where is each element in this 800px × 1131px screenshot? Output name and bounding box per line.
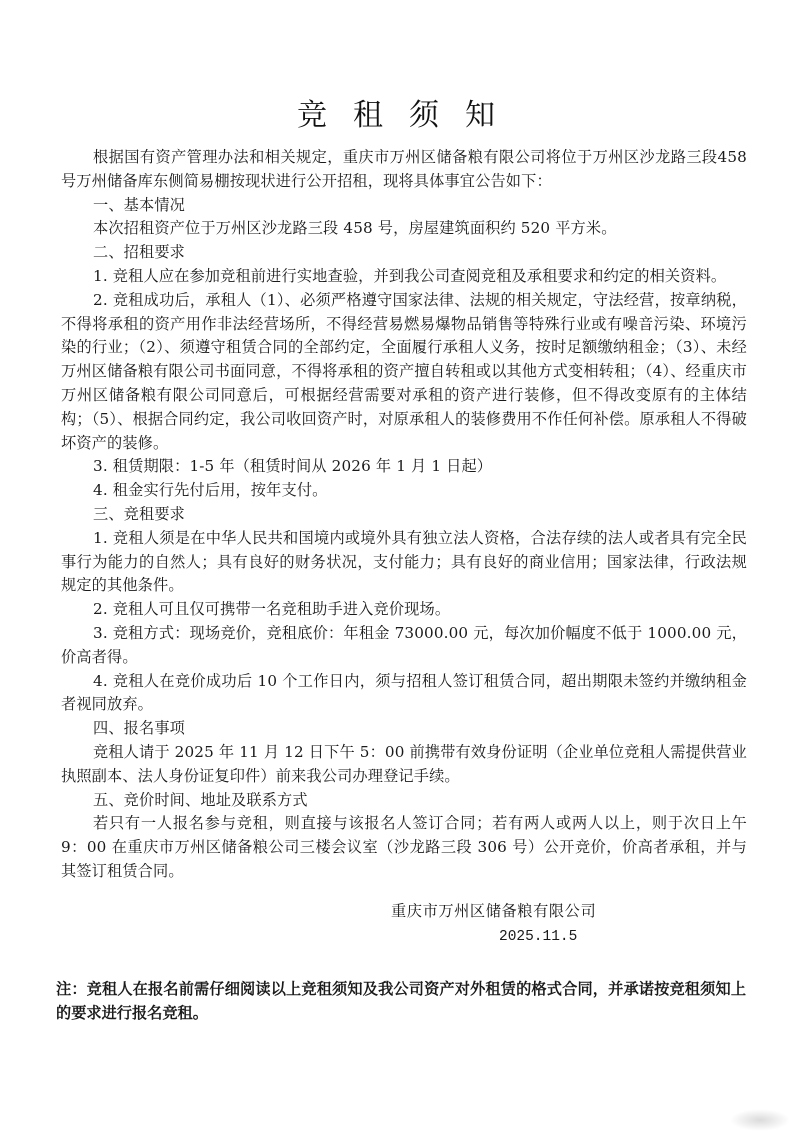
document-body: 根据国有资产管理办法和相关规定，重庆市万州区储备粮有限公司将位于万州区沙龙路三段… (61, 146, 747, 884)
section-paragraph: 4. 租金实行先付后用，按年支付。 (61, 479, 747, 503)
section-heading-basic-info: 一、基本情况 (61, 194, 747, 218)
section-paragraph: 3. 租赁期限：1-5 年（租赁时间从 2026 年 1 月 1 日起） (61, 455, 747, 479)
section-paragraph: 若只有一人报名参与竞租，则直接与该报名人签订合同；若有两人或两人以上，则于次日上… (61, 812, 747, 883)
signature-date: 2025.11.5 (391, 924, 596, 950)
scan-smudge (730, 1109, 790, 1131)
section-paragraph: 3. 竞租方式：现场竞价，竞租底价：年租金 73000.00 元，每次加价幅度不… (61, 622, 747, 670)
section-paragraph: 竞租人请于 2025 年 11 月 12 日下午 5：00 前携带有效身份证明（… (61, 741, 747, 789)
intro-paragraph: 根据国有资产管理办法和相关规定，重庆市万州区储备粮有限公司将位于万州区沙龙路三段… (61, 146, 747, 194)
section-heading-lease-requirements: 二、招租要求 (61, 241, 747, 265)
signature-company: 重庆市万州区储备粮有限公司 (391, 898, 596, 924)
section-paragraph: 1. 竞租人应在参加竞租前进行实地查验，并到我公司查阅竞租及承租要求和约定的相关… (61, 265, 747, 289)
section-heading-bidding-requirements: 三、竞租要求 (61, 503, 747, 527)
signature-block: 重庆市万州区储备粮有限公司 2025.11.5 (391, 898, 596, 950)
section-paragraph: 2. 竞租成功后，承租人（1）、必须严格遵守国家法律、法规的相关规定，守法经营，… (61, 289, 747, 456)
section-heading-registration: 四、报名事项 (61, 717, 747, 741)
section-paragraph: 4. 竞租人在竞价成功后 10 个工作日内，须与招租人签订租赁合同，超出期限未签… (61, 670, 747, 718)
document-title: 竞租须知 (0, 90, 800, 134)
section-paragraph: 本次招租资产位于万州区沙龙路三段 458 号，房屋建筑面积约 520 平方米。 (61, 217, 747, 241)
document-page: 竞租须知 根据国有资产管理办法和相关规定，重庆市万州区储备粮有限公司将位于万州区… (0, 0, 800, 1131)
section-paragraph: 2. 竞租人可且仅可携带一名竞租助手进入竞价现场。 (61, 598, 747, 622)
footnote: 注：竞租人在报名前需仔细阅读以上竞租须知及我公司资产对外租赁的格式合同，并承诺按… (56, 977, 746, 1025)
section-heading-bidding-time-location: 五、竞价时间、地址及联系方式 (61, 789, 747, 813)
section-paragraph: 1. 竞租人须是在中华人民共和国境内或境外具有独立法人资格，合法存续的法人或者具… (61, 527, 747, 598)
